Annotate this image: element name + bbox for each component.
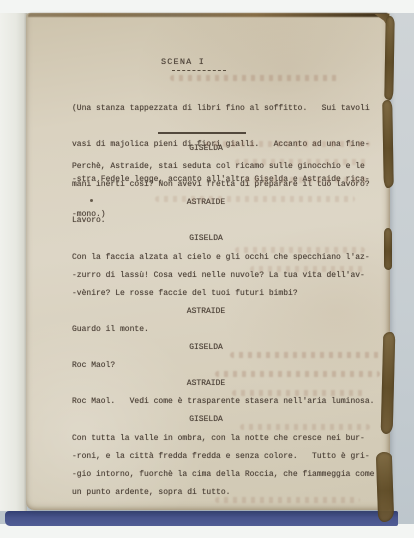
- ghost-text-line: [245, 177, 370, 183]
- ghost-text-line: [232, 390, 367, 396]
- dialogue-line: -zurro di lassù! Cosa vedi nelle nuvole?…: [72, 271, 380, 289]
- scene-title: SCENA I: [26, 57, 390, 67]
- ghost-text-line: [250, 266, 365, 272]
- torn-edge-blob: [384, 228, 392, 270]
- dialogue-line: -gio intorno, fuorchè la cima della Rocc…: [72, 470, 380, 488]
- burnt-top-edge: [28, 13, 388, 17]
- ghost-text-line: [235, 159, 370, 165]
- typewritten-page: SCENA I (Una stanza tappezzata di libri …: [26, 13, 390, 510]
- ghost-text-line: [215, 497, 360, 503]
- scene-title-underline: [172, 70, 226, 71]
- ink-speck: [90, 199, 93, 202]
- torn-edge-blob: [384, 16, 394, 100]
- dialogue-line: -vènire? Le rosse faccie del tuoi futuri…: [72, 289, 380, 307]
- ghost-text-line: [205, 141, 370, 147]
- section-divider-line: [158, 132, 246, 134]
- ghost-text-line: [170, 75, 340, 81]
- ghost-text-line: [240, 424, 370, 430]
- dialogue-speaker: ASTRAIDE: [52, 307, 360, 325]
- book-spine-band: [5, 511, 398, 526]
- dialogue-line: Lavoro.: [72, 216, 380, 234]
- underlying-page-edge: [0, 13, 27, 511]
- dialogue-line: -roni, e la città fredda fredda e senza …: [72, 452, 380, 470]
- ghost-text-line: [155, 196, 355, 202]
- torn-edge-blob: [376, 452, 394, 523]
- torn-edge-blob: [382, 100, 394, 188]
- ghost-text-line: [235, 247, 365, 253]
- dialogue-line: Roc Maol. Vedi come è trasparente staser…: [72, 397, 380, 415]
- ghost-text-line: [230, 352, 380, 358]
- ghost-text-line: [215, 371, 380, 377]
- dialogue-line: Guardo il monte.: [72, 325, 380, 343]
- stage-direction-line: (Una stanza tappezzata di libri fino al …: [72, 103, 384, 115]
- dialogue-line: Con tutta la valle in ombra, con la nott…: [72, 434, 380, 452]
